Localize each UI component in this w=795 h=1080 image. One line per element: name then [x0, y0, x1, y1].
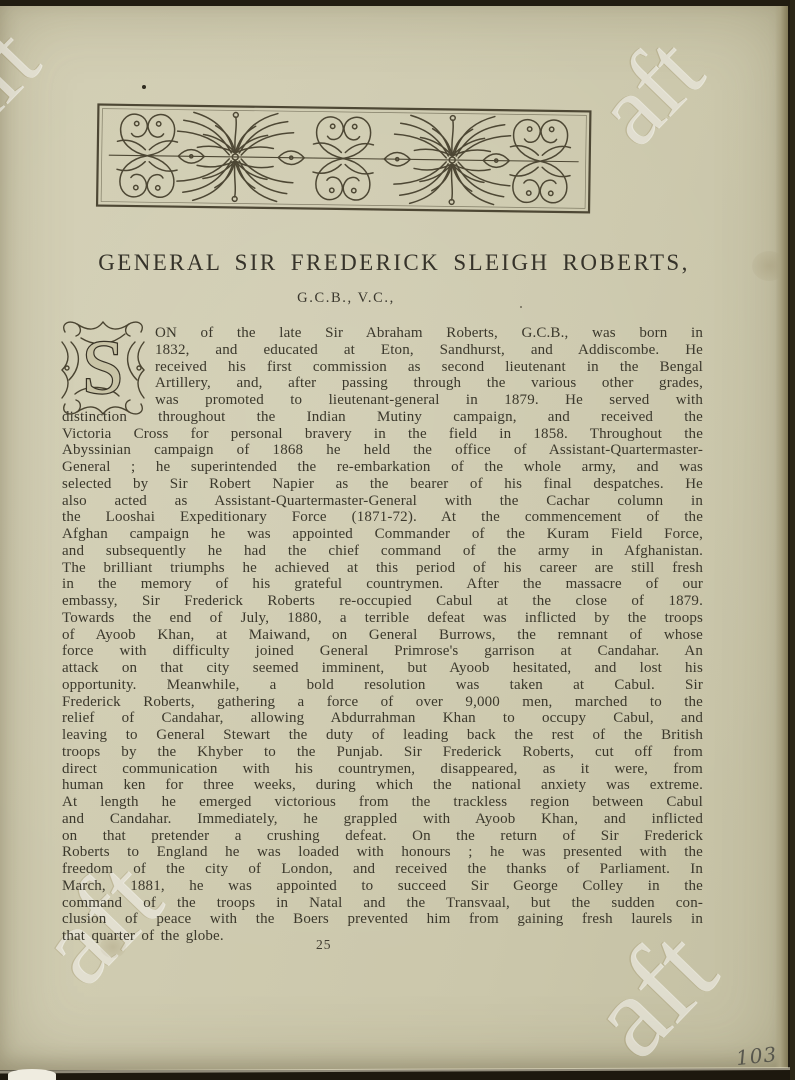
- arabesque-band-icon: [95, 102, 593, 216]
- body-line: human ken for three weeks, during which …: [62, 777, 703, 794]
- body-line: and Candahar. Immediately, he grappled w…: [62, 811, 703, 828]
- body-line: The brilliant triumphs he achieved at th…: [62, 560, 703, 577]
- drop-cap-initial: S: [57, 320, 149, 422]
- body-line: Afghan campaign he was appointed Command…: [62, 526, 703, 543]
- body-line: in the memory of his grateful countrymen…: [62, 576, 703, 593]
- paragraph: ON of the late Sir Abraham Roberts, G.C.…: [62, 325, 703, 945]
- body-line: opportunity. Meanwhile, a bold resolutio…: [62, 677, 703, 694]
- body-line: also acted as Assistant-Quartermaster-Ge…: [62, 493, 703, 510]
- body-line: force with difficulty joined General Pri…: [62, 643, 703, 660]
- body-line: distinction throughout the Indian Mutiny…: [62, 409, 703, 426]
- body-line: freedom of the city of London, and recei…: [62, 861, 703, 878]
- body-line: selected by Sir Robert Napier as the bea…: [62, 476, 703, 493]
- emboss-stamp-top-right: aft: [572, 16, 724, 167]
- body-line: At length he emerged victorious from the…: [62, 794, 703, 811]
- paper-stain: [100, 936, 126, 958]
- body-line: on that pretender a crushing defeat. On …: [62, 828, 703, 845]
- body-line: Abyssinian campaign of 1868 he held the …: [62, 442, 703, 459]
- body-line: ON of the late Sir Abraham Roberts, G.C.…: [62, 325, 703, 342]
- body-line: 1832, and educated at Eton, Sandhurst, a…: [62, 342, 703, 359]
- emboss-stamp-top-left: aft: [0, 7, 59, 153]
- body-text: S ON of the late Sir Abraham Roberts, G.…: [62, 325, 703, 945]
- paper-sheet: aft aft aft aft: [0, 6, 788, 1070]
- body-line: leaving to General Stewart the duty of l…: [62, 727, 703, 744]
- body-line: the Looshai Expeditionary Force (1871-72…: [62, 509, 703, 526]
- body-line: Frederick Roberts, gathering a force of …: [62, 694, 703, 711]
- page-edge-shading: [775, 6, 788, 1070]
- body-line: Victoria Cross for personal bravery in t…: [62, 426, 703, 443]
- scan-background-right: [790, 0, 795, 1080]
- page-number: 25: [316, 937, 332, 953]
- body-line: clusion of peace with the Boers prevente…: [62, 911, 703, 928]
- body-line: Towards the end of July, 1880, a terribl…: [62, 610, 703, 627]
- body-line: troops by the Khyber to the Punjab. Sir …: [62, 744, 703, 761]
- ink-speck: [142, 85, 146, 89]
- ornamental-band-engraving: [94, 102, 593, 221]
- body-line: received his first commission as second …: [62, 359, 703, 376]
- page-subtitle: G.C.B., V.C.,: [0, 290, 740, 307]
- paper-scrap: [8, 1069, 56, 1080]
- drop-cap-engraving-icon: S: [57, 320, 149, 417]
- body-line: attack on that city seemed imminent, but…: [62, 660, 703, 677]
- page-title: GENERAL SIR FREDERICK SLEIGH ROBERTS,: [0, 250, 788, 276]
- body-line: Roberts to England he was loaded with ho…: [62, 844, 703, 861]
- body-line: embassy, Sir Frederick Roberts re-occupi…: [62, 593, 703, 610]
- body-line: direct communication with his countrymen…: [62, 761, 703, 778]
- ink-speck: [300, 868, 302, 870]
- body-line: of Ayoob Khan, at Maiwand, on General Bu…: [62, 627, 703, 644]
- drop-cap-letter: S: [82, 326, 124, 410]
- ink-speck: [520, 306, 522, 308]
- body-line: relief of Candahar, allowing Abdurrahman…: [62, 710, 703, 727]
- handwritten-folio-number: 103: [735, 1042, 778, 1070]
- body-line: that quarter of the globe.: [62, 928, 703, 945]
- scanned-book-page: aft aft aft aft: [0, 0, 795, 1080]
- body-line: was promoted to lieutenant-general in 18…: [62, 392, 703, 409]
- body-line: March, 1881, he was appointed to succeed…: [62, 878, 703, 895]
- body-line: command of the troops in Natal and the T…: [62, 895, 703, 912]
- body-line: General ; he superintended the re-embark…: [62, 459, 703, 476]
- body-line: and subsequently he had the chief comman…: [62, 543, 703, 560]
- body-line: Artillery, and, after passing through th…: [62, 375, 703, 392]
